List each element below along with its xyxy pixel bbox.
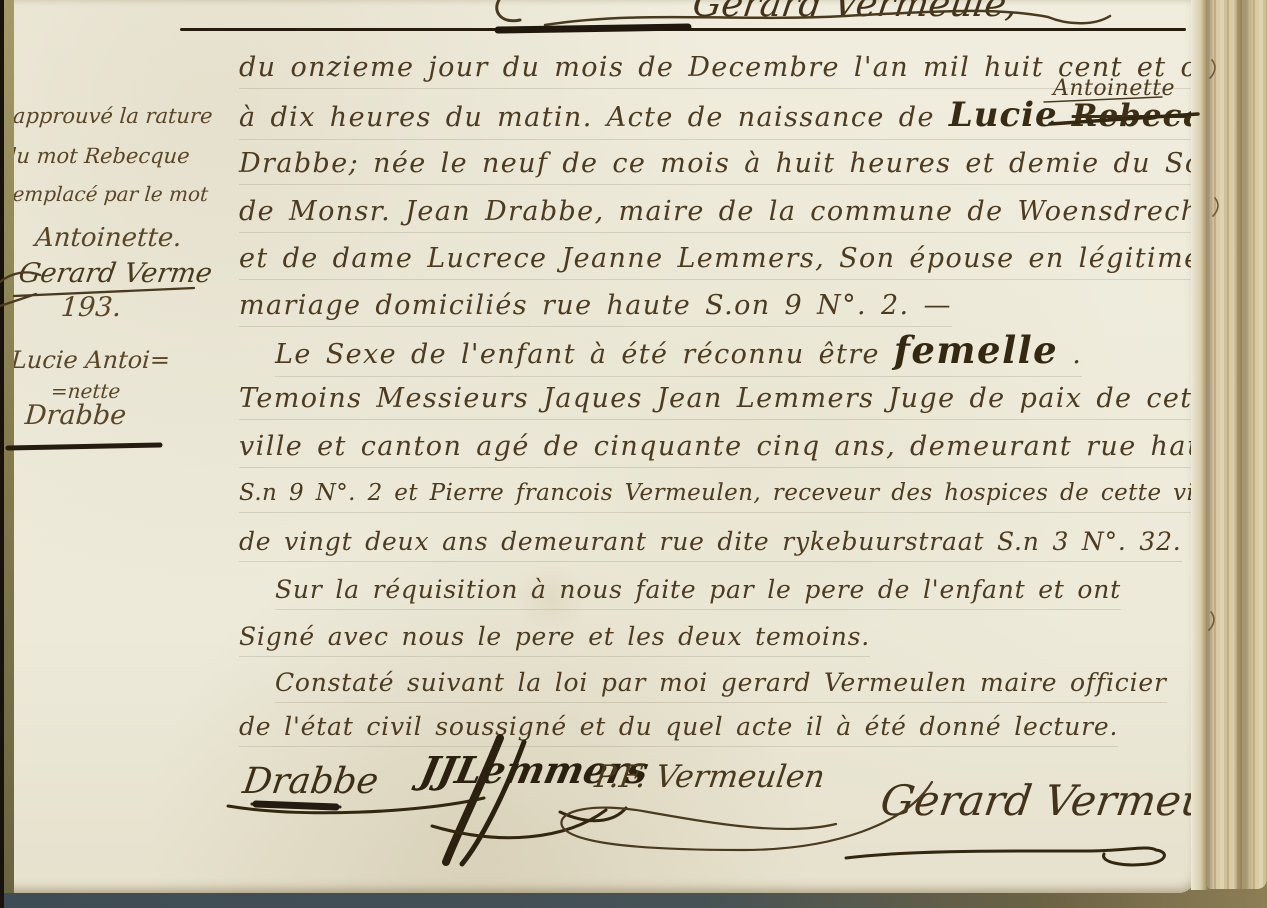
page-curl <box>1191 0 1208 890</box>
body-line-12: Sur la réquisition à nous faite par le p… <box>275 577 1121 610</box>
body-line-3: Drabbe; née le neuf de ce mois à huit he… <box>239 150 1195 185</box>
body-line-5: et de dame Lucrece Jeanne Lemmers, Son é… <box>239 245 1195 280</box>
book-fore-edge <box>1207 0 1267 889</box>
body-line-2: à dix heures du matin. Acte de naissance… <box>239 98 1195 140</box>
act-number: 193. <box>60 294 122 321</box>
margin-note-line2: du mot Rebecque <box>3 146 190 167</box>
body-line-4: de Monsr. Jean Drabbe, maire de la commu… <box>239 198 1195 233</box>
body-line-1: du onzieme jour du mois de Decembre l'an… <box>239 54 1195 89</box>
child-first-name: Lucie <box>949 95 1058 135</box>
signature-officer: Gerard Vermeule <box>878 780 1195 822</box>
margin-signature: Gerard Verme <box>17 260 214 287</box>
body-line-14: Constaté suivant la loi par moi gerard V… <box>275 670 1167 703</box>
inserted-name-above-line: Antoinette <box>1053 76 1175 101</box>
body-line-9: ville et canton agé de cinquante cinq an… <box>239 433 1195 468</box>
body-line-7-text: Le Sexe de l'enfant à été réconnu être <box>275 339 880 370</box>
sex-of-child: femelle <box>894 328 1058 372</box>
margin-child-name-line3: Drabbe <box>24 402 127 429</box>
margin-note-inserted-name: Antoinette. <box>34 225 182 251</box>
body-line-15: de l'état civil soussigné et du quel act… <box>239 714 1118 747</box>
margin-child-name-line1: Lucie Antoi= <box>10 348 171 372</box>
body-line-2-text: à dix heures du matin. Acte de naissance… <box>239 102 935 133</box>
struck-name: Rebecque <box>1072 98 1195 134</box>
body-line-13: Signé avec nous le pere et les deux temo… <box>239 624 870 657</box>
previous-act-signature: Gerard Vermeule, <box>690 0 1020 25</box>
body-line-10: S.n 9 N°. 2 et Pierre francois Vermeulen… <box>239 482 1195 513</box>
act-separator-rule <box>180 28 1186 31</box>
margin-child-name-line2: =nette <box>50 381 121 401</box>
body-line-8: Temoins Messieurs Jaques Jean Lemmers Ju… <box>239 385 1195 420</box>
body-line-11: de vingt deux ans demeurant rue dite ryk… <box>239 529 1182 562</box>
binding-edge-olive <box>4 0 14 893</box>
signature-father: Drabbe <box>240 764 380 800</box>
margin-note-line3: remplacé par le mot <box>3 184 209 204</box>
register-page: Gerard Vermeule, approuvé la rature du m… <box>3 0 1195 893</box>
body-line-7-period: . <box>1072 339 1082 370</box>
signature-witness-vermeulen: P.F. Vermeulen <box>593 762 827 793</box>
margin-note-line1: approuvé la rature <box>12 106 213 127</box>
body-line-7: Le Sexe de l'enfant à été réconnu être f… <box>275 332 1082 377</box>
body-line-6: mariage domiciliés rue haute S.on 9 N°. … <box>239 292 952 327</box>
document-scan: Gerard Vermeule, approuvé la rature du m… <box>0 0 1267 908</box>
